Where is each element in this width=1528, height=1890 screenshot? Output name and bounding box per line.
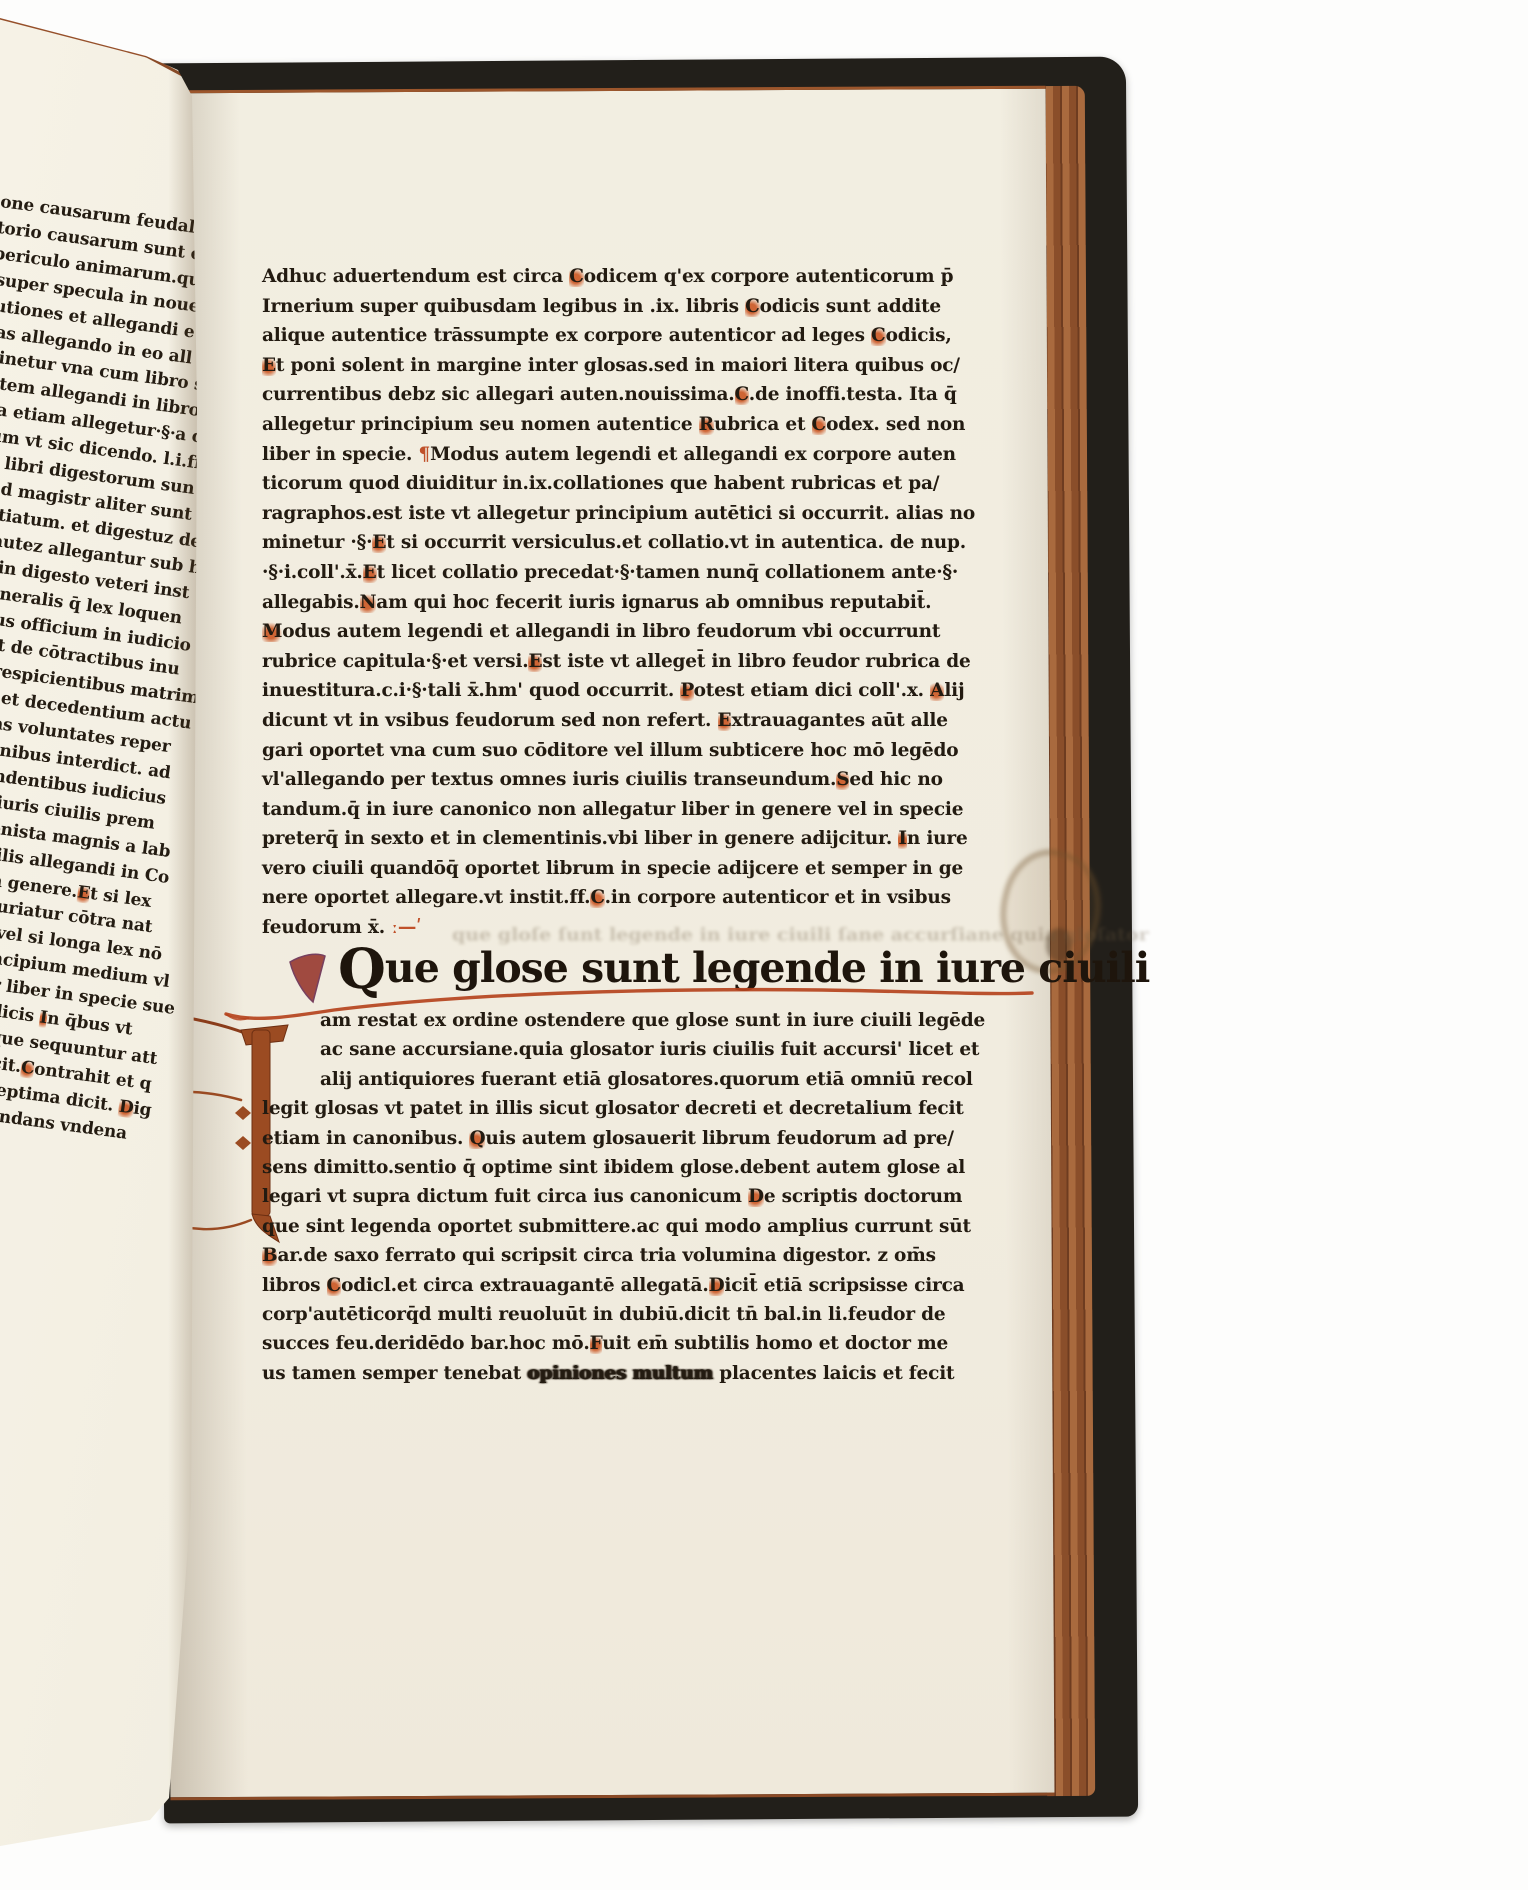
text-line: vl'allegando per textus omnes iuris ciui… [262, 765, 922, 795]
text-block-lower: am restat ex ordine ostendere que glose … [262, 1006, 930, 1388]
text-line: legit glosas vt patet in illis sicut glo… [262, 1094, 930, 1123]
left-page-top-edge [0, 16, 153, 59]
text-line: allegabis.Nam qui hoc fecerit iuris igna… [262, 588, 922, 618]
text-line: ticorum quod diuiditur in.ix.collationes… [262, 469, 922, 499]
text-line: Bar.de saxo ferrato qui scripsit circa t… [262, 1241, 930, 1270]
text-line: corp'autēticorq̄d multi reuoluūt in dubi… [262, 1300, 930, 1329]
text-line: legari vt supra dictum fuit circa ius ca… [262, 1182, 930, 1211]
text-line: minetur ·§·Et si occurrit versiculus.et … [262, 528, 922, 558]
left-page: one causarum feudaliumtorio causarum sun… [0, 6, 198, 1848]
text-line: liber in specie. ¶Modus autem legendi et… [262, 440, 922, 470]
text-line: que sint legenda oportet submittere.ac q… [262, 1212, 930, 1241]
text-line: preterq̄ in sexto et in clementinis.vbi … [262, 824, 922, 854]
text-line: am restat ex ordine ostendere que glose … [320, 1006, 930, 1035]
text-block-upper: Adhuc aduertendum est circa Codicem q'ex… [262, 262, 922, 943]
text-line: nere oportet allegare.vt instit.ff.C.in … [262, 883, 922, 913]
text-line: etiam in canonibus. Quis autem glosaueri… [262, 1124, 930, 1153]
text-line: gari oportet vna cum suo cōditore vel il… [262, 736, 922, 766]
text-line: allegetur principium seu nomen autentice… [262, 410, 922, 440]
text-line: Modus autem legendi et allegandi in libr… [262, 617, 922, 647]
text-line: libros Codicl.et circa extrauagantē alle… [262, 1271, 930, 1300]
text-line: currentibus debz sic allegari auten.noui… [262, 380, 922, 410]
text-line: dicunt vt in vsibus feudorum sed non ref… [262, 706, 922, 736]
text-line: alij antiquiores fuerant etiā glosatores… [320, 1065, 930, 1094]
photo-background: que gloſe ſunt legende in iure ciuili ſa… [0, 0, 1528, 1890]
text-line: us tamen semper tenebat opiniones multum… [262, 1359, 930, 1388]
text-line: ac sane accursiane.quia glosator iuris c… [320, 1035, 930, 1064]
text-line: rubrice capitula·§·et versi.Est iste vt … [262, 647, 922, 677]
text-line: sens dimitto.sentio q̄ optime sint ibide… [262, 1153, 930, 1182]
text-line: ragraphos.est iste vt allegetur principi… [262, 499, 922, 529]
text-line: Et poni solent in margine inter glosas.s… [262, 351, 922, 381]
text-line: Irnerium super quibusdam legibus in .ix.… [262, 292, 922, 322]
text-line: tandum.q̄ in iure canonico non allegatur… [262, 795, 922, 825]
text-line: ·§·i.coll'.x̄.Et licet collatio precedat… [262, 558, 922, 588]
text-line: Adhuc aduertendum est circa Codicem q'ex… [262, 262, 922, 292]
text-line: succes feu.deridēdo bar.hoc mō.Fuit em̄ … [262, 1329, 930, 1358]
text-line: alique autentice trāssumpte ex corpore a… [262, 321, 922, 351]
text-line: inuestitura.c.i·§·tali x̄.hm' quod occur… [262, 676, 922, 706]
text-line: vero ciuili quandōq̄ oportet librum in s… [262, 854, 922, 884]
